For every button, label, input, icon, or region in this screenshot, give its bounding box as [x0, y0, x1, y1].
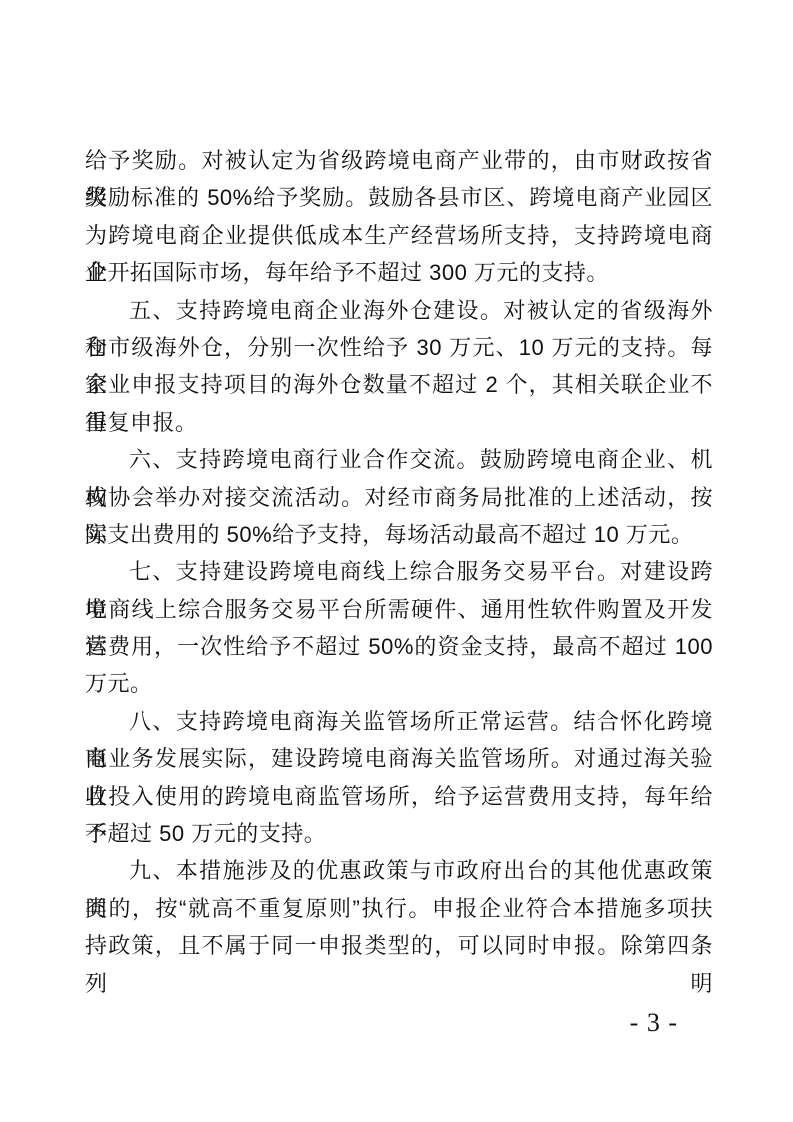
- text-line: 八、支持跨境电商海关监管场所正常运营。结合怀化跨境电: [85, 703, 713, 740]
- text-block: 给予奖励。对被认定为省级跨境电商产业带的，由市财政按省级奖励标准的 50%给予奖…: [85, 142, 713, 965]
- text-line: 和市级海外仓，分别一次性给予 30 万元、10 万元的支持。每家: [85, 329, 713, 366]
- text-line: 五、支持跨境电商企业海外仓建设。对被认定的省级海外仓: [85, 292, 713, 329]
- text-line: 给予奖励。对被认定为省级跨境电商产业带的，由市财政按省级: [85, 142, 713, 179]
- text-line: 六、支持跨境电商行业合作交流。鼓励跨境电商企业、机构: [85, 441, 713, 478]
- text-line: 企业申报支持项目的海外仓数量不超过 2 个，其相关联企业不得: [85, 366, 713, 403]
- text-line: 商业务发展实际，建设跨境电商海关监管场所。对通过海关验收: [85, 740, 713, 777]
- document-page: 给予奖励。对被认定为省级跨境电商产业带的，由市财政按省级奖励标准的 50%给予奖…: [0, 0, 793, 1122]
- text-line: 持政策，且不属于同一申报类型的，可以同时申报。除第四条列明: [85, 927, 713, 964]
- text-line: 重复申报。: [85, 404, 713, 441]
- text-line: 电商线上综合服务交易平台所需硬件、通用性软件购置及开发运: [85, 591, 713, 628]
- text-line: 营费用，一次性给予不超过 50%的资金支持，最高不超过 100: [85, 628, 713, 665]
- text-line: 奖励标准的 50%给予奖励。鼓励各县市区、跨境电商产业园区: [85, 179, 713, 216]
- page-number: - 3 -: [630, 1008, 677, 1038]
- text-line: 九、本措施涉及的优惠政策与市政府出台的其他优惠政策类: [85, 852, 713, 889]
- text-line: 不超过 50 万元的支持。: [85, 815, 713, 852]
- text-line: 且投入使用的跨境电商监管场所，给予运营费用支持，每年给予: [85, 778, 713, 815]
- text-line: 万元。: [85, 665, 713, 702]
- text-line: 七、支持建设跨境电商线上综合服务交易平台。对建设跨境: [85, 553, 713, 590]
- text-line: 业开拓国际市场，每年给予不超过 300 万元的支持。: [85, 254, 713, 291]
- text-line: 或协会举办对接交流活动。对经市商务局批准的上述活动，按实: [85, 479, 713, 516]
- text-line: 同的，按“就高不重复原则”执行。申报企业符合本措施多项扶: [85, 890, 713, 927]
- text-line: 为跨境电商企业提供低成本生产经营场所支持，支持跨境电商企: [85, 217, 713, 254]
- text-line: 际支出费用的 50%给予支持，每场活动最高不超过 10 万元。: [85, 516, 713, 553]
